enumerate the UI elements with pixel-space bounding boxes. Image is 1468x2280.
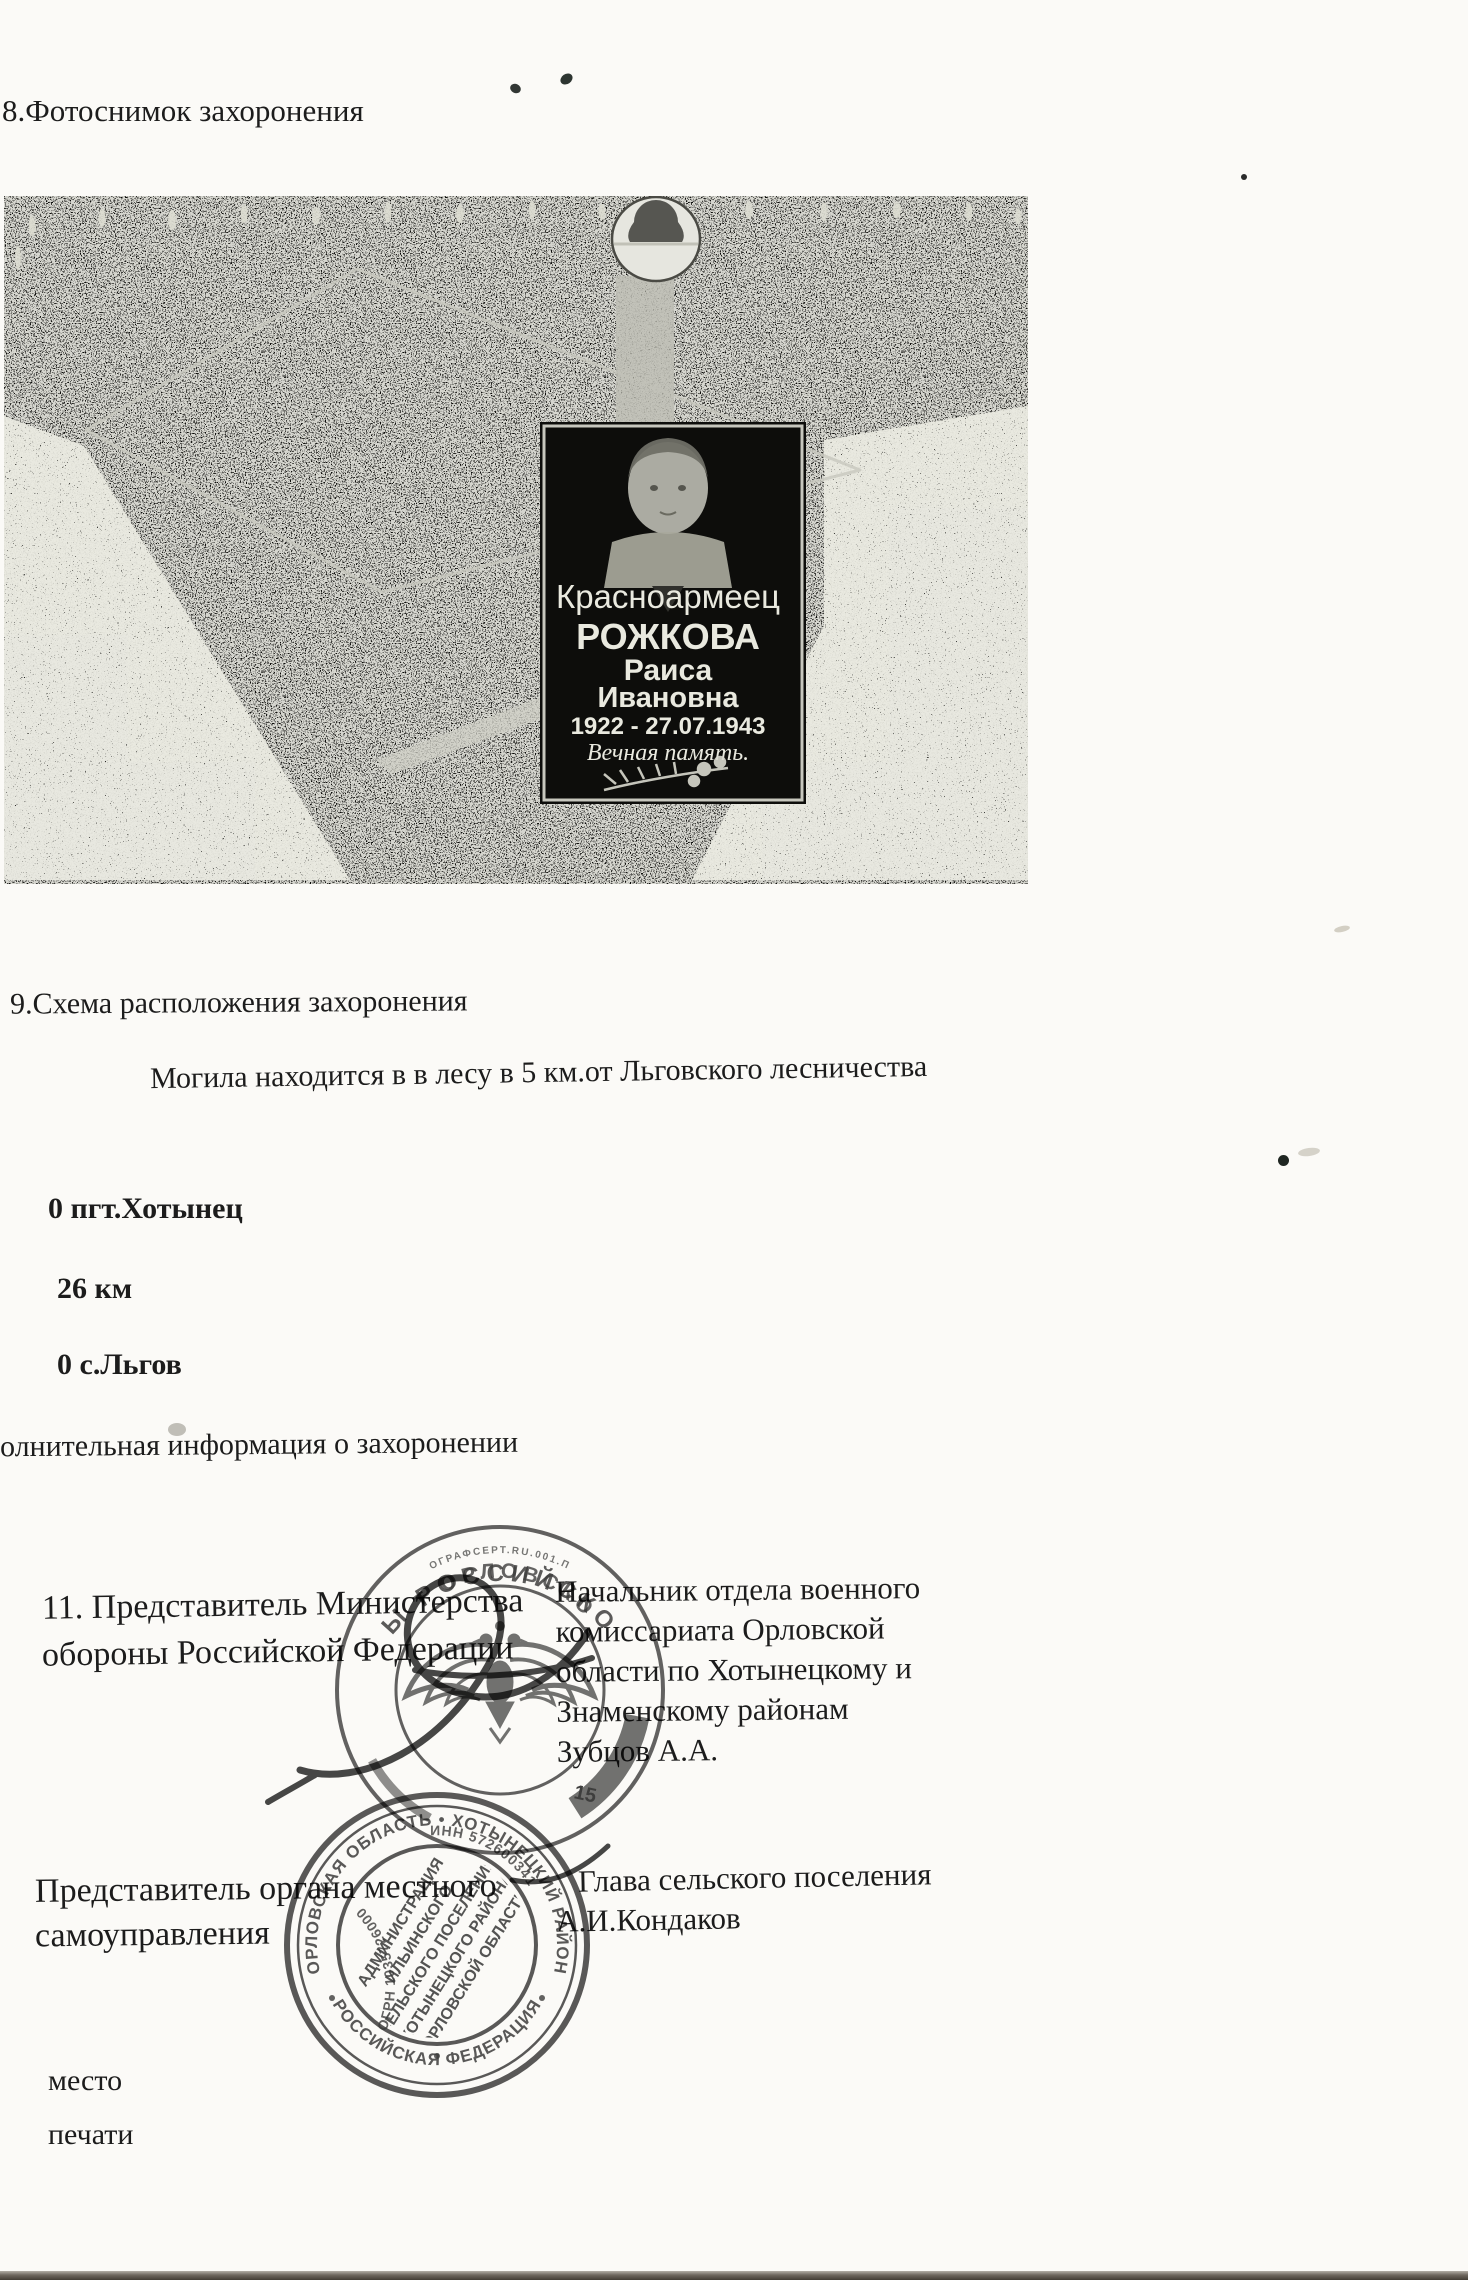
scan-speck (1278, 1155, 1289, 1166)
scan-speck (1298, 1147, 1321, 1158)
route-point-khotynets: 0 пгт.Хотынец (48, 1192, 243, 1226)
section12-left-line2: самоуправления (35, 1915, 270, 1956)
section8-heading: 8.Фотоснимок захоронения (2, 93, 364, 129)
section9-heading: 9.Схема расположения захоронения (10, 984, 468, 1021)
burial-photo: Красноармеец РОЖКОВА Раиса Ивановна 1922… (4, 196, 1028, 884)
route-distance: 26 км (57, 1272, 132, 1306)
section10-heading: олнительная информация о захоронении (0, 1426, 518, 1465)
route-point-lgov: 0 с.Льгов (57, 1348, 182, 1382)
seal-note-line1: место (48, 2064, 122, 2098)
scan-speck (1334, 924, 1351, 933)
seal-note-line2: печати (48, 2118, 133, 2152)
pen-signatures (240, 1520, 1000, 2080)
scan-speck (509, 82, 523, 95)
scanned-document-page: 8.Фотоснимок захоронения (0, 0, 1468, 2280)
signature-kondakov-stroke (512, 1846, 608, 1882)
scan-speck (1241, 174, 1247, 180)
scan-speck (558, 71, 574, 87)
headstone-patronymic: Ивановна (597, 682, 739, 714)
scan-edge-strip (0, 2271, 1468, 2280)
headstone: Красноармеец РОЖКОВА Раиса Ивановна 1922… (540, 422, 806, 804)
signature-zubtsov-tail (268, 1775, 315, 1802)
headstone-rank: Красноармеец (556, 578, 780, 615)
section9-note: Могила находится в в лесу в 5 км.от Льго… (150, 1050, 928, 1096)
headstone-surname: РОЖКОВА (576, 616, 760, 657)
headstone-dates: 1922 - 27.07.1943 (571, 713, 766, 740)
oval-medallion (612, 197, 700, 281)
